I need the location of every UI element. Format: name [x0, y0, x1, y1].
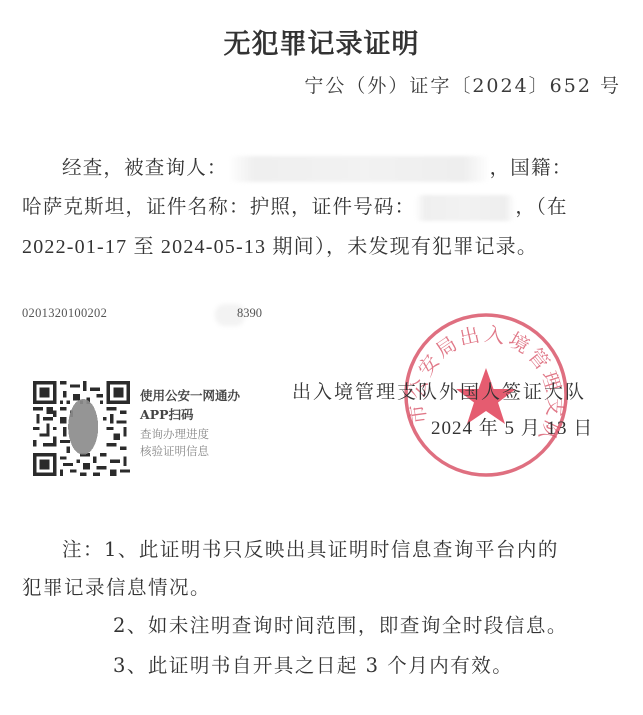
note-line-4: 3、此证明书自开具之日起 3 个月内有效。: [113, 650, 513, 678]
body-line-1: 经查，被查询人：，国籍：: [62, 152, 572, 182]
redacted-name: [228, 156, 490, 182]
body-line-2-suffix: ，（在: [515, 195, 567, 218]
issue-date: 2024 年 5 月 13 日: [431, 413, 593, 440]
redacted-passport-number: [415, 195, 515, 221]
note-line-3: 2、如未注明查询时间范围，即查询全时段信息。: [113, 610, 568, 638]
issuing-authority: 出入境管理支队外国人签证大队: [292, 377, 586, 404]
body-line-1-prefix: 经查，被查询人：: [62, 156, 228, 179]
document-number: 宁公（外）证字〔2024〕652 号: [304, 71, 621, 98]
serial-number-prefix: 0201320100202: [22, 306, 107, 321]
serial-number-suffix: 8390: [237, 306, 262, 321]
body-line-2: 哈萨克斯坦，证件名称：护照，证件号码：，（在: [22, 191, 568, 221]
qr-instruction-line-3: 查询办理进度: [140, 426, 209, 442]
body-line-2-prefix: 哈萨克斯坦，证件名称：护照，证件号码：: [22, 195, 415, 218]
body-line-3: 2022-01-17 至 2024-05-13 期间），未发现有犯罪记录。: [22, 230, 538, 259]
qr-instruction-line-1: 使用公安一网通办: [140, 386, 240, 404]
note-line-2: 犯罪记录信息情况。: [22, 572, 211, 600]
qr-instruction-line-2: APP扫码: [140, 405, 194, 423]
body-line-1-suffix: ，国籍：: [490, 156, 573, 179]
document-title: 无犯罪记录证明: [0, 22, 643, 61]
qr-code[interactable]: [33, 381, 130, 476]
note-line-1: 注：1、此证明书只反映出具证明时信息查询平台内的: [62, 534, 559, 562]
qr-instruction-line-4: 核验证明信息: [140, 443, 209, 459]
